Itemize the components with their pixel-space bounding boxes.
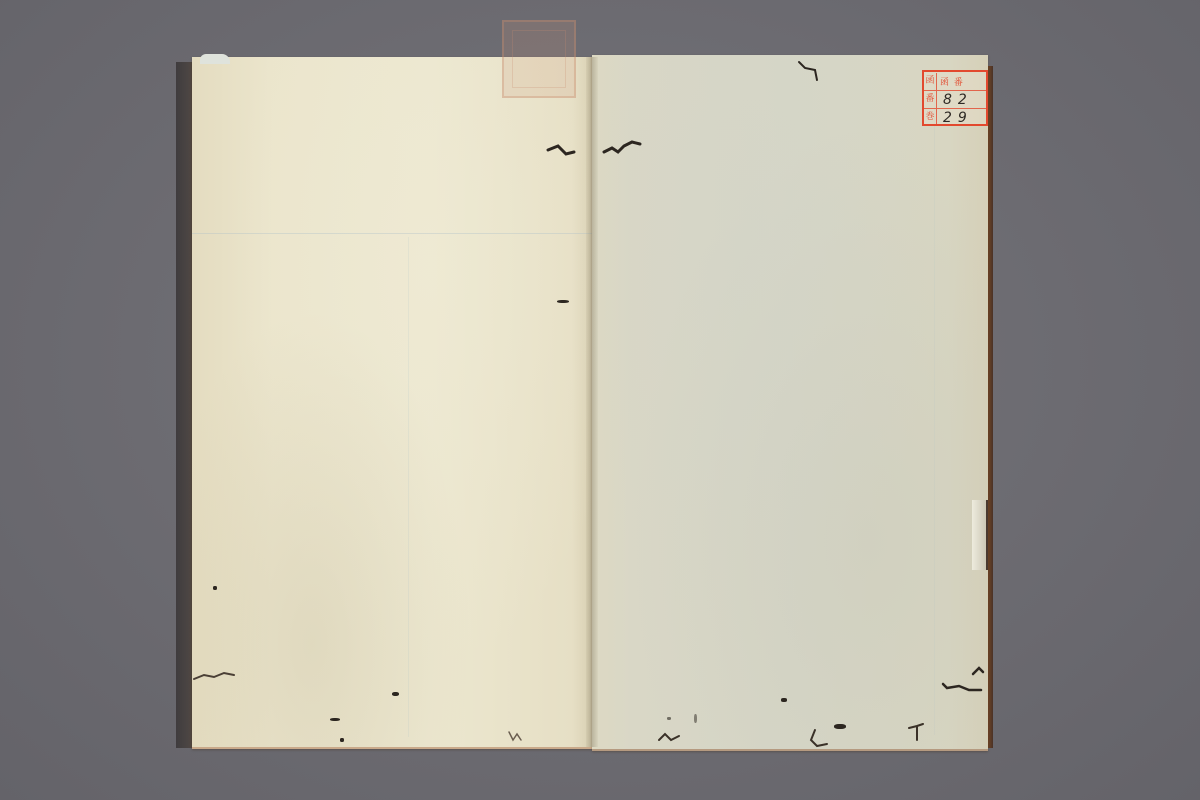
- stamp-label: 函: [924, 73, 937, 90]
- worm-hole: [667, 717, 671, 720]
- stamp-label: 巻: [924, 109, 937, 126]
- worm-trail: [505, 728, 525, 744]
- worm-hole: [834, 724, 846, 729]
- worm-trail: [540, 130, 650, 170]
- worm-hole: [557, 300, 569, 303]
- worm-trail: [805, 728, 835, 750]
- stamp-row-1: 函 函 番: [924, 73, 986, 91]
- stamp-row-3: 巻 29: [924, 109, 986, 126]
- worm-hole: [781, 698, 787, 702]
- open-book: 函 函 番 番 82 巻 29: [0, 0, 1200, 800]
- worm-hole: [330, 718, 340, 721]
- stamp-value: 82: [937, 93, 986, 107]
- worm-trail: [190, 665, 240, 685]
- worm-trail: [905, 722, 929, 744]
- faint-ruled-line: [934, 75, 935, 735]
- worm-hole: [213, 586, 217, 590]
- worm-trail: [655, 728, 685, 746]
- stamp-header: 函 番: [937, 75, 986, 88]
- stamp-row-2: 番 82: [924, 91, 986, 109]
- ghost-stamp-impression: [502, 20, 576, 98]
- worm-trail: [795, 58, 825, 84]
- faint-ruled-line: [408, 237, 409, 737]
- ghost-stamp-inner: [512, 30, 566, 88]
- worm-hole: [694, 714, 697, 723]
- right-page: [592, 55, 988, 751]
- library-stamp: 函 函 番 番 82 巻 29: [922, 70, 988, 126]
- worm-trail: [935, 660, 995, 700]
- faint-ruled-line: [192, 233, 592, 234]
- worm-hole: [392, 692, 399, 696]
- page-corner-wear: [200, 54, 230, 64]
- stamp-value: 29: [937, 111, 986, 125]
- stamp-label: 番: [924, 91, 937, 108]
- torn-page-edge: [972, 500, 988, 570]
- left-page: [192, 57, 592, 749]
- worm-hole: [340, 738, 344, 742]
